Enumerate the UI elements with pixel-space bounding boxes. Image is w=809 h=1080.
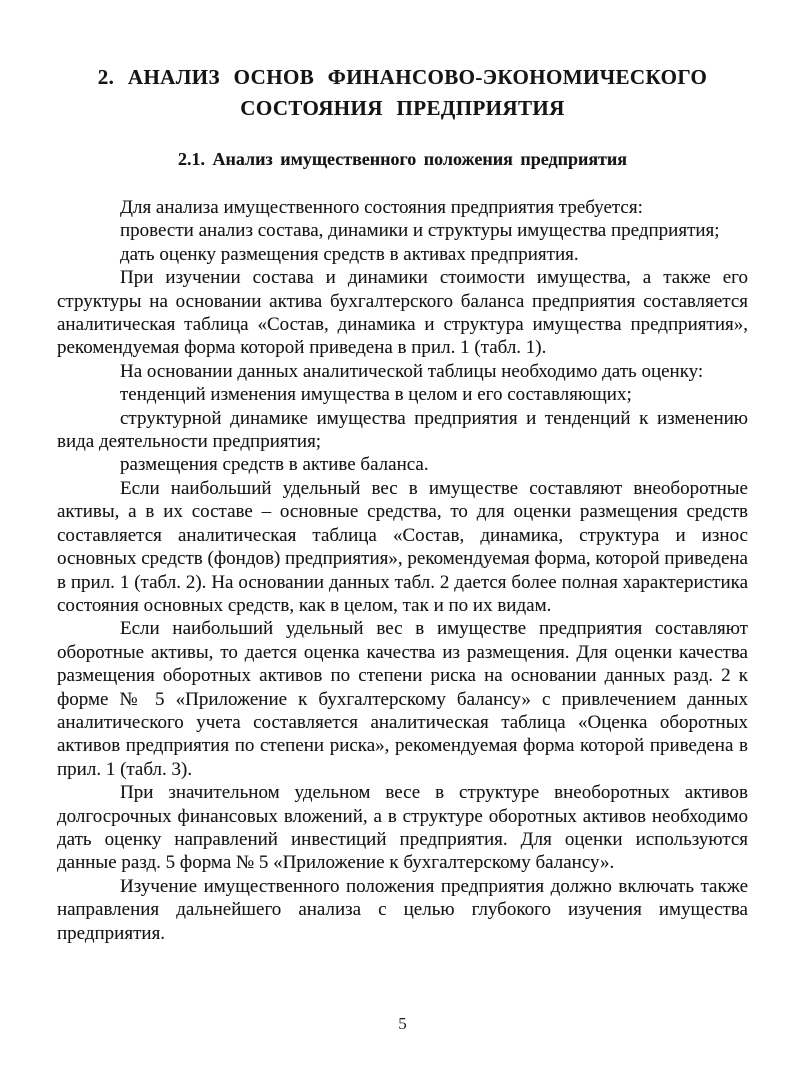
paragraph: Если наибольший удельный вес в имуществе… [57,617,748,781]
paragraph: дать оценку размещения средств в активах… [57,243,748,266]
paragraph: структурной динамике имущества предприят… [57,407,748,454]
paragraph: При значительном удельном весе в структу… [57,781,748,875]
page-content: 2. АНАЛИЗ ОСНОВ ФИНАНСОВО-ЭКОНОМИЧЕСКОГО… [57,62,748,945]
paragraph: провести анализ состава, динамики и стру… [57,219,748,242]
section-heading: 2.1. Анализ имущественного положения пре… [57,147,748,171]
paragraph: Если наибольший удельный вес в имуществе… [57,477,748,617]
page-number: 5 [57,1014,748,1034]
scanned-book-page: 2. АНАЛИЗ ОСНОВ ФИНАНСОВО-ЭКОНОМИЧЕСКОГО… [0,0,809,1080]
paragraph: При изучении состава и динамики стоимост… [57,266,748,360]
paragraph: размещения средств в активе баланса. [57,453,748,476]
chapter-heading-line2: СОСТОЯНИЯ ПРЕДПРИЯТИЯ [240,96,564,120]
body-text-block: Для анализа имущественного состояния пре… [57,196,748,945]
paragraph: Изучение имущественного положения предпр… [57,875,748,945]
paragraph: На основании данных аналитической таблиц… [57,360,748,383]
chapter-heading-line1: 2. АНАЛИЗ ОСНОВ ФИНАНСОВО-ЭКОНОМИЧЕСКОГО [98,65,708,89]
chapter-heading: 2. АНАЛИЗ ОСНОВ ФИНАНСОВО-ЭКОНОМИЧЕСКОГО… [57,62,748,124]
paragraph: тенденций изменения имущества в целом и … [57,383,748,406]
paragraph: Для анализа имущественного состояния пре… [57,196,748,219]
